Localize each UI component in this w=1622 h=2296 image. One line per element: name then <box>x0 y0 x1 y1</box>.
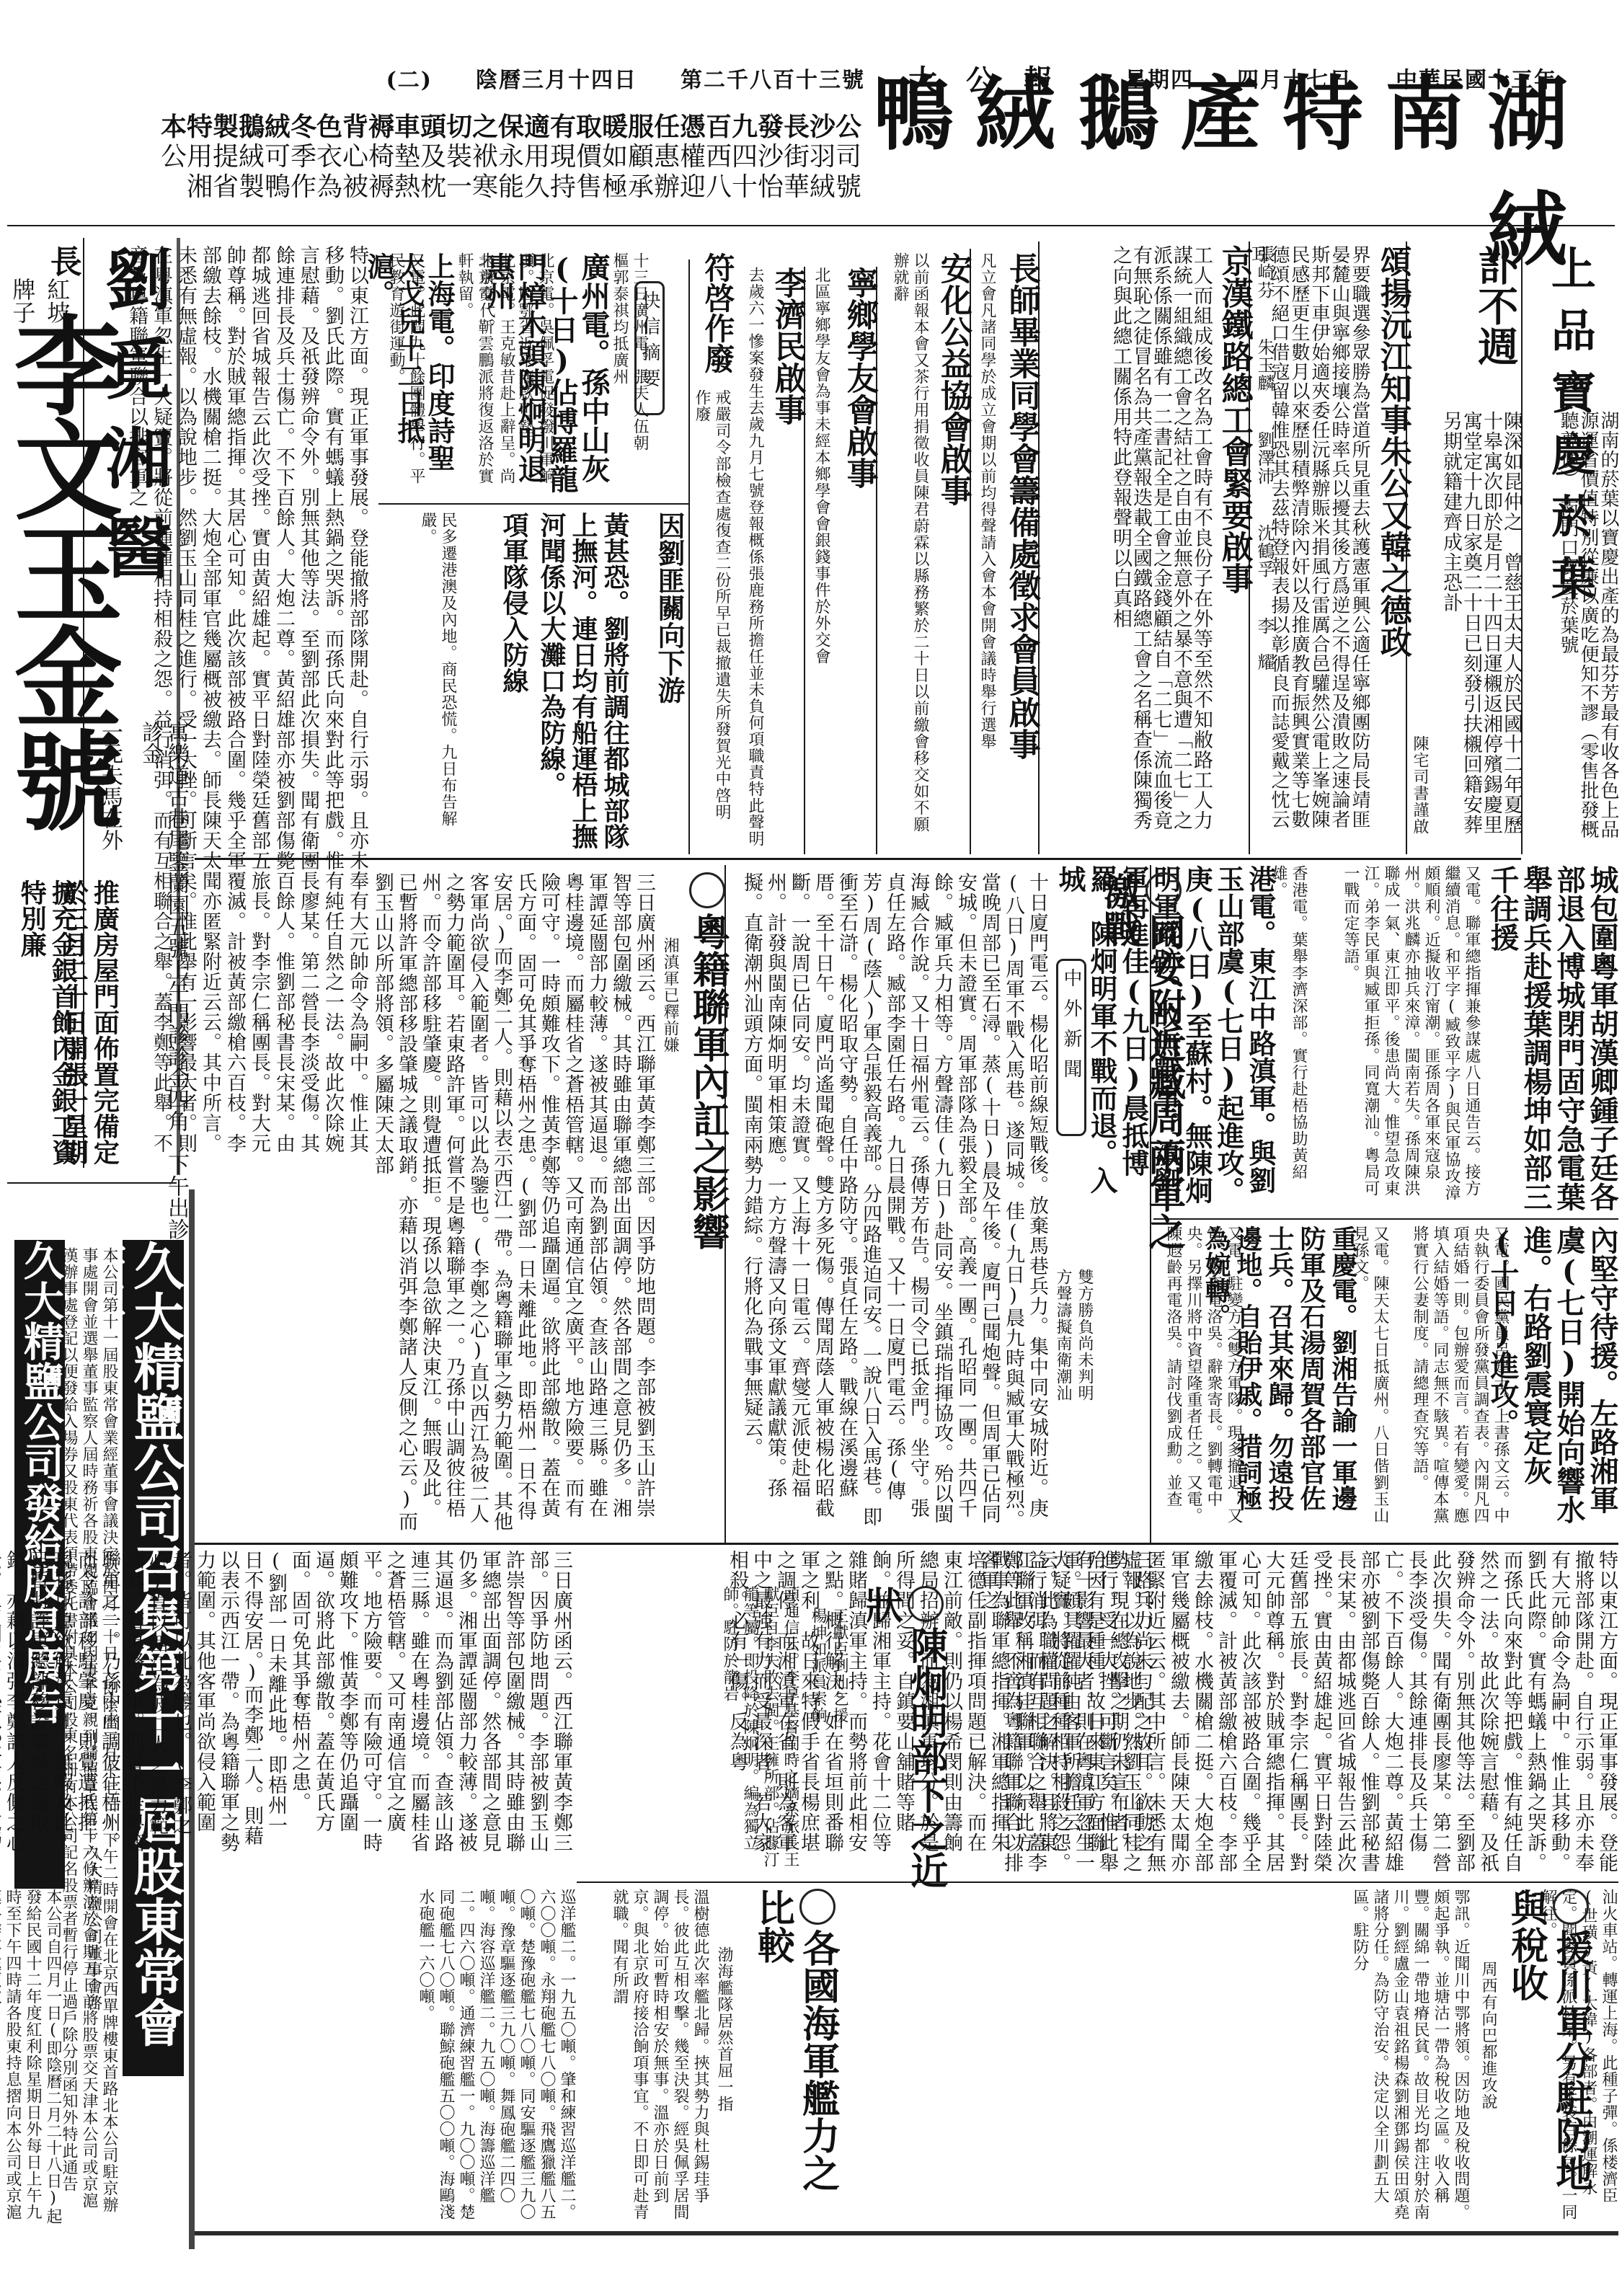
canton-report-title: 粵籍聯軍內訌之影響 <box>685 872 730 1276</box>
circle-bullet-icon <box>799 1889 836 1925</box>
sichuan-report-subtitle: 周西有向巴都進攻說 <box>1478 1961 1498 2177</box>
virtue-notice-signers: 張崎芬 朱玉麟 劉澤沛 沈鶴孚 李 耀 <box>1254 245 1275 836</box>
banner-ad-text: 本特製鵝絨冬色背褥車頭切之保適有取暖服任憑百九發長沙公 公用提絨可季衣心椅墊及裝… <box>108 112 861 203</box>
xiang-news-text: 特以東江方面。現正軍事發展。登能撤將部隊開赴。自行示弱。且亦未奉有大元帥命令為嗣… <box>189 245 369 1168</box>
doctor-fee-note: 一元夫馬在外 <box>97 721 123 851</box>
obituary-signature: 陳宅司書謹啟 <box>1409 735 1430 851</box>
masthead-lunar-date: 陰曆三月十四日 <box>476 62 637 94</box>
right-news-headline4: 重慶電。劉湘告諭一軍邊防軍及石湯周賀各部官佐士兵。召其來歸。勿遠投邊地。自貽伊戚… <box>1247 1225 1359 1535</box>
foreign-news-label-box: 中外新聞 <box>1056 959 1092 1146</box>
signer: 李 耀 <box>1254 617 1275 671</box>
telegram-item: 十三日廣州電。張夫人伍朝樞郭泰祺均抵廣州 <box>609 252 650 454</box>
signer: 沈鶴孚 <box>1254 524 1275 578</box>
anhua-title: 安化公益協會啟事 <box>934 252 972 506</box>
war-report-text: 十日廈門電云。楊化昭前線短戰後。放棄馬巷兵力。集中同安城附近。庚(八日)周軍不戰… <box>728 872 1049 1535</box>
right-news-headline1: 城包圍粵軍胡漢卿鍾子廷各部退入博城閉門固守急電葉舉調兵赴援葉調楊坤如部三千往援 <box>1485 865 1618 1225</box>
banner-ad-line: 公用提絨可季衣心椅墊及裝袱永用現價如顧惠權西四沙街羽司 <box>108 142 861 172</box>
gold-shop-brand-top: 長 <box>43 245 81 277</box>
canton-report-text: 三日廣州函云。西江聯軍黃李鄭三部。因爭防地問題。李部被劉玉山許崇智等部包圍繳械。… <box>382 872 656 1535</box>
fu-notice-title: 符啓作廢 <box>699 252 735 373</box>
page-bottom-rule <box>195 2231 1618 2235</box>
li-notice-text: 去歲六一慘案發生去歲九月七號登報概係張鹿務所擔任並未負何項職責特此聲明 <box>739 267 765 851</box>
banner-ad-title: 湖南特產鵝絨鴨絨 <box>861 115 1590 216</box>
telegram-item: 北京電。靳雲鵬派將復返洛於實軒執留。 <box>454 252 495 497</box>
right-news-hk-telegram: 香港電。葉舉李濟深部。實行赴梧協助黃紹雄。 <box>1280 865 1308 1211</box>
lower-divider <box>577 1881 1618 1883</box>
li-divider <box>688 260 690 854</box>
banner-ad-line: 本特製鵝絨冬色背褥車頭切之保適有取暖服任憑百九發長沙公 <box>108 112 861 142</box>
lower-right-news: 特以東江方面。現正軍事發展。登能撤將部隊開赴。自行示弱。且亦未奉有大元帥命令為嗣… <box>1161 1550 1618 1874</box>
sichuan-report-title: 援川軍分駐防地與稅收 <box>1503 1889 1593 2220</box>
railway-union-text: 工人而組成後改名為工會時有不良份子在外等至然不知敝路工人力謀統一組織總工會之結社… <box>1049 245 1211 836</box>
right-news-body1: 又電。聯軍總指揮兼參謀處八日通告云。接方繼續消息。和平字(臧致平字)與民軍協攻漳… <box>1312 865 1481 1211</box>
gold-shop-text2: 擴充金銀首飾內金銀工資特別廉 <box>16 879 78 1182</box>
telegram-lead: 北京電。 <box>497 252 515 319</box>
xiangxiang-text: 北區寧鄉學友會為事未經本鄉學會會銀錢事件於外交會 <box>811 267 831 851</box>
navy-report-title-text: 各國海軍艦力之比較 <box>750 1889 839 2191</box>
canton-report-title-text: 粵籍聯軍內訌之影響 <box>686 913 730 1250</box>
telegram-lead: 北京電。 <box>536 252 554 319</box>
telegram-lead: 北京電。 <box>476 252 494 319</box>
signer: 張崎芬 <box>1254 245 1275 299</box>
jiuda-ad-second-text: 本公司自四月一日(即陰曆二月二十八日)起發給民國十二年度紅利除星期日外每日上午九… <box>9 1889 63 2228</box>
obituary-title: 訃不週 <box>1471 245 1519 366</box>
war-report-title-text: 同安附近臧周兩軍之激戰 <box>1096 872 1185 1250</box>
canton-report-subtitle: 湘滇軍已釋前嫌 <box>660 937 680 1153</box>
telegram-lead: 廣州電。 <box>577 252 611 368</box>
circle-bullet-icon <box>689 872 725 908</box>
masthead-page-no: (二) <box>386 62 433 94</box>
sichuan-extra-text: 汕火車站。轉運上海。此種子彈。係楼濟臣(世璜)黃(大偉)各部者。由潮運解永定。聞… <box>1593 1889 1618 2220</box>
chen-report-sub-text: 頭通信云。李厚基督閩時之嫡系旅長王獻臣自李失敗去閩。王擁所部。佔據汀龍等屬。即投… <box>584 1586 800 1874</box>
xiangxiang-title: 寧鄉學友會啟事 <box>840 267 878 489</box>
alumni-title: 長師畢業同學會籌備處徵求會員啟事 <box>1002 252 1040 760</box>
telegram-lead: 十三日廣州電。 <box>631 252 649 368</box>
right-news-divider <box>1153 1218 1618 1220</box>
navy-report-ships: 巡洋艦二。一九五〇噸。肇和練習巡洋艦二。六〇〇噸。永翔砲艦七八〇噸。飛鷹獵艦八五… <box>205 1889 577 2228</box>
obituary-text: 陳深如昆仲之 曾慈王太夫人於民國十二年夏歷十皋寓次即於是月二十四日運櫬返湘停殯錫… <box>1427 411 1521 836</box>
middle-news-text: 黃甚恐。劉將前調往都城部隊上撫河。連日均有船運梧上撫河聞係以大灘口為防線。 <box>533 512 631 851</box>
virtue-notice-text: 界要職選參眾勝為當道所見重去秋護憲軍興公適任寧鄉團防局長靖匪晏麓山與寧鄉接壤公時… <box>1276 245 1370 836</box>
middle-news-text: 民多遷港澳及內地。商民恐慌。九日布告解嚴。 <box>386 512 458 851</box>
telegram-headline: 廣州電。孫中山灰(十日)佔博羅龍門樟木頭陳炯明退惠州 <box>559 252 609 497</box>
alumni-text: 凡立會凡諸同學於成立會期以前均得聲請入會本會開會議時舉行選舉 <box>977 252 997 843</box>
navy-report-text: 溫樹德此次率艦北歸。挾其勢力與杜錫珪爭長。彼此互相攻擊。幾至決裂。經吳佩孚居間調… <box>584 1889 710 2228</box>
middle-news-title: 因劉匪關向下游 <box>634 512 685 851</box>
anhua-text: 以前函報本會又茶行用捐徵收員陳君蔚霖以縣務繁於二十日以前繳會移交如不願辦就辭 <box>883 252 930 843</box>
jiuda-ad-signature: 久大精鹽公司董事會啓 <box>83 1845 103 2206</box>
signer: 朱玉麟 <box>1254 338 1275 392</box>
right-news-body3: 又電。國民黨員呂建士。上書孫文云。中央執行委員會所發黨員調查表。內開凡四項結婚一… <box>1391 1225 1510 1535</box>
right-news-headline3: 內堅守待援。左路湘軍虞(七日)開始向響水進。右路劉震寰定灰(十日)進攻。 <box>1514 1225 1618 1535</box>
lower-left-news: 三日廣州函云。西江聯軍黃李鄭三部。因爭防地問題。李部被劉玉山許崇智等部包圍繳械。… <box>202 1550 573 1853</box>
virtue-notice-title: 頌揚沅江知事朱公又韓之德政 <box>1373 245 1412 657</box>
li-notice-title: 李濟民啟事 <box>768 267 806 425</box>
telegram-divider <box>378 503 688 505</box>
banner-divider <box>7 225 1615 226</box>
war-report-subtitle: 方聲濤擬南衛潮汕 <box>1052 1269 1073 1485</box>
telegram-lead: 又電。 <box>407 252 425 302</box>
foreign-news-label: 中外新聞 <box>1056 959 1086 1136</box>
circle-bullet-icon <box>1145 872 1182 908</box>
banner-ad-line: 湘省製鴨作為被褥熱枕一寒能久持售極承辦迎八十怡華絨號 <box>108 172 861 203</box>
sichuan-report-text: 鄂訊。近聞川中鄂將領。因防地及稅收問題。頗起爭執。並塘沽一帶為稅收之區。收入稱豐… <box>1161 1889 1471 2220</box>
railway-union-title: 京漢鐵路總工會緊要啟事 <box>1215 245 1253 594</box>
right-news-body4: 又電。陳天太七日抵廣州。八日偕劉玉山見孫文。 <box>1362 1225 1390 1535</box>
sichuan-report-title-text: 援川軍分駐防地與稅收 <box>1504 1889 1592 2191</box>
telegram-item: 又電。此間九十餘團體舉行。平民教育遊街運動。 <box>386 252 426 497</box>
masthead-issue-no: 第二千八百十三號 <box>681 62 865 94</box>
war-report-title: 同安附近臧周兩軍之激戰 <box>1096 872 1186 1276</box>
middle-section-divider <box>195 1543 1618 1545</box>
telegram-lead: 上海電。 <box>423 252 456 362</box>
left-ad-bottom-divider <box>7 1182 177 1184</box>
upper-section-divider <box>195 858 1521 860</box>
navy-report-title: 各國海軍艦力之比較 <box>750 1889 840 2220</box>
fu-notice-text: 戒嚴司令部檢查處復查二份所早已裁撤遺失所發賀光中啓明作廢 <box>692 389 732 836</box>
war-report-subtitle: 雙方勝負尚未判明 <box>1074 1269 1094 1485</box>
tobacco-ad-text: 湖南的菸葉以寶慶出產的為最芬芳最有收各色上品源運省價值特別從廉以廣吃便知不謬（零… <box>1525 411 1618 843</box>
signer: 劉澤沛 <box>1254 431 1275 485</box>
navy-report-subtitle: 渤海艦隊居然首屈一指 <box>714 1946 734 2235</box>
circle-bullet-icon <box>1553 1889 1589 1925</box>
middle-news-title: 項軍隊侵入防線 <box>461 512 530 851</box>
